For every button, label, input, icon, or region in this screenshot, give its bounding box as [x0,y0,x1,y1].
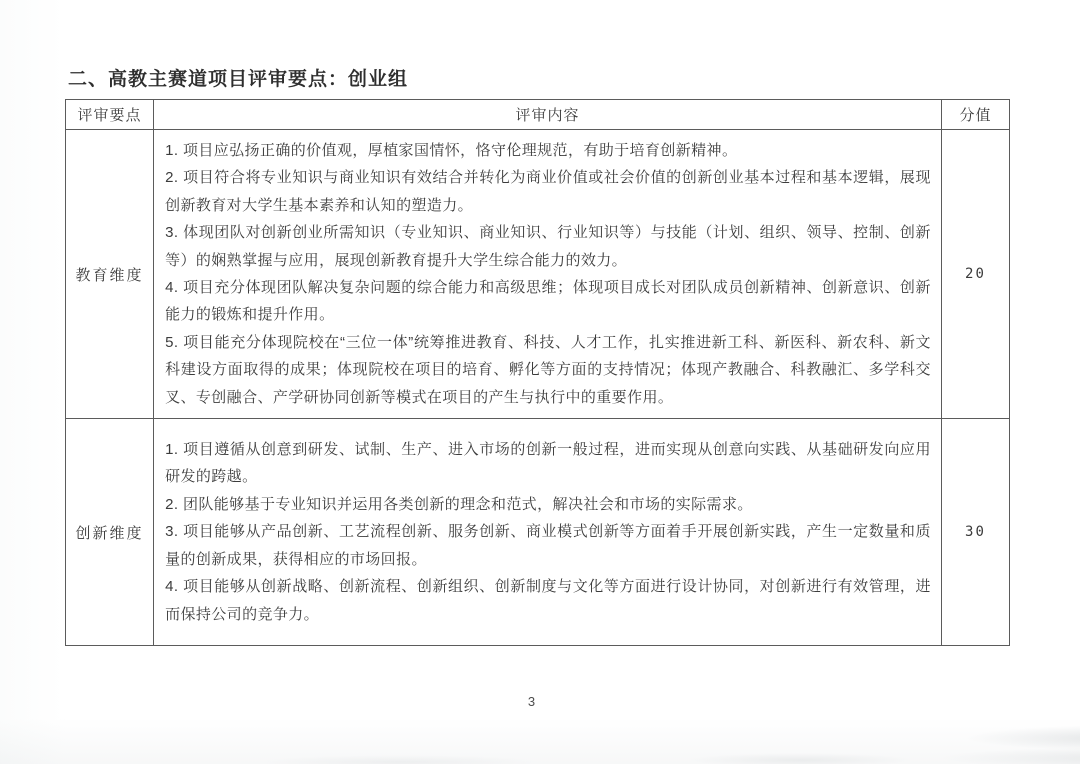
dimension-label: 创新维度 [66,419,154,646]
table-row-education-dimension: 教育维度 1. 项目应弘扬正确的价值观，厚植家国情怀，恪守伦理规范，有助于培育创… [66,130,1010,419]
header-review-content: 评审内容 [154,100,942,130]
criteria-list: 1. 项目应弘扬正确的价值观，厚植家国情怀，恪守伦理规范，有助于培育创新精神。 … [154,130,942,419]
criteria-item: 3. 项目能够从产品创新、工艺流程创新、服务创新、商业模式创新等方面着手开展创新… [165,518,931,573]
score-value: 30 [941,419,1009,646]
page-title: 二、高教主赛道项目评审要点：创业组 [68,64,408,91]
criteria-item: 5. 项目能充分体现院校在“三位一体”统筹推进教育、科技、人才工作，扎实推进新工… [165,329,931,411]
document-page: 二、高教主赛道项目评审要点：创业组 评审要点 评审内容 分值 教育维度 1. 项… [0,0,1080,764]
page-number: 3 [0,694,1064,709]
header-score: 分值 [941,100,1009,130]
criteria-item: 3. 体现团队对创新创业所需知识（专业知识、商业知识、行业知识等）与技能（计划、… [165,219,931,274]
score-value: 20 [941,130,1009,419]
criteria-item: 1. 项目应弘扬正确的价值观，厚植家国情怀，恪守伦理规范，有助于培育创新精神。 [165,137,931,164]
table-header: 评审要点 评审内容 分值 [66,100,1010,130]
table-header-row: 评审要点 评审内容 分值 [66,100,1010,130]
criteria-item: 4. 项目能够从创新战略、创新流程、创新组织、创新制度与文化等方面进行设计协同，… [165,573,931,628]
criteria-item: 2. 项目符合将专业知识与商业知识有效结合并转化为商业价值或社会价值的创新创业基… [165,164,931,219]
review-criteria-table: 评审要点 评审内容 分值 教育维度 1. 项目应弘扬正确的价值观，厚植家国情怀，… [65,99,1010,646]
criteria-item: 2. 团队能够基于专业知识并运用各类创新的理念和范式，解决社会和市场的实际需求。 [165,491,931,518]
scan-artifact-shading [0,718,1080,764]
dimension-label: 教育维度 [66,130,154,419]
criteria-item: 4. 项目充分体现团队解决复杂问题的综合能力和高级思维；体现项目成长对团队成员创… [165,274,931,329]
criteria-item: 1. 项目遵循从创意到研发、试制、生产、进入市场的创新一般过程，进而实现从创意向… [165,436,931,491]
table-row-innovation-dimension: 创新维度 1. 项目遵循从创意到研发、试制、生产、进入市场的创新一般过程，进而实… [66,419,1010,646]
header-review-point: 评审要点 [66,100,154,130]
criteria-list: 1. 项目遵循从创意到研发、试制、生产、进入市场的创新一般过程，进而实现从创意向… [154,419,942,646]
